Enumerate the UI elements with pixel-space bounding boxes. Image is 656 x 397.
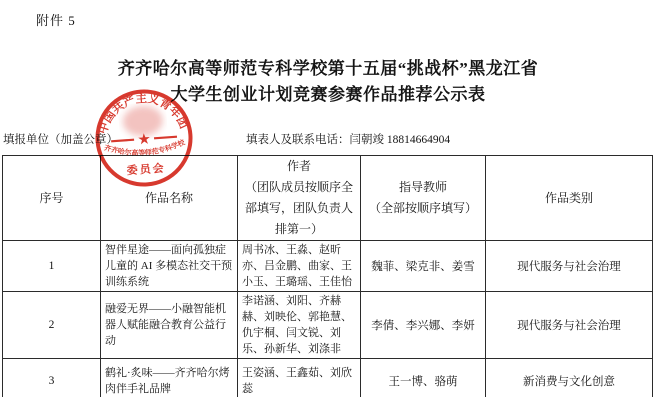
page-title: 齐齐哈尔高等师范专科学校第十五届“挑战杯”黑龙江省 大学生创业计划竞赛参赛作品推…	[0, 56, 656, 108]
header-work-title: 作品名称	[101, 156, 238, 241]
row2-serial: 2	[3, 292, 101, 359]
attachment-label: 附件 5	[36, 10, 76, 29]
header-authors-label: 作者	[287, 159, 311, 173]
row2-teachers: 李倩、李兴娜、李妍	[361, 292, 486, 359]
header-authors: 作者（团队成员按顺序全部填写，团队负责人排第一）	[238, 156, 361, 241]
header-category: 作品类别	[486, 156, 653, 241]
table-row: 3 鹤礼·炙味——齐齐哈尔烤肉伴手礼品牌 王姿涵、王鑫茹、刘欣蕊 王一博、骆萌 …	[3, 359, 653, 397]
header-serial: 序号	[3, 156, 101, 241]
row3-serial: 3	[3, 359, 101, 397]
contact-name: 闫朝竣	[350, 134, 385, 146]
contact-label: 填表人及联系电话：	[246, 134, 350, 146]
row2-work-title: 融爱无界——小融智能机器人赋能融合教育公益行动	[101, 292, 238, 359]
page-title-line1: 齐齐哈尔高等师范专科学校第十五届“挑战杯”黑龙江省	[0, 56, 656, 82]
row2-authors: 李诺涵、刘阳、齐赫赫、刘映伦、郭艳慧、仇宇桐、闫文锐、刘乐、孙新华、刘涤非	[238, 292, 361, 359]
header-teachers-sublabel: （全部按顺序填写）	[369, 201, 477, 215]
row2-category: 现代服务与社会治理	[486, 292, 653, 359]
header-teachers: 指导教师（全部按顺序填写）	[361, 156, 486, 241]
header-teachers-label: 指导教师	[399, 180, 447, 194]
row3-teachers: 王一博、骆萌	[361, 359, 486, 397]
recommendation-table: 序号 作品名称 作者（团队成员按顺序全部填写，团队负责人排第一） 指导教师（全部…	[2, 155, 653, 397]
page-title-line2: 大学生创业计划竞赛参赛作品推荐公示表	[0, 82, 656, 108]
contact-info: 填表人及联系电话：闫朝竣 18814664904	[246, 131, 450, 147]
table-header-row: 序号 作品名称 作者（团队成员按顺序全部填写，团队负责人排第一） 指导教师（全部…	[3, 156, 653, 241]
row1-serial: 1	[3, 241, 101, 292]
table-row: 2 融爱无界——小融智能机器人赋能融合教育公益行动 李诺涵、刘阳、齐赫赫、刘映伦…	[3, 292, 653, 359]
row1-category: 现代服务与社会治理	[486, 241, 653, 292]
header-authors-sublabel: （团队成员按顺序全部填写，团队负责人排第一）	[245, 180, 353, 236]
row3-category: 新消费与文化创意	[486, 359, 653, 397]
table-row: 1 智伴星途——面向孤独症儿童的 AI 多模态社交干预训练系统 周书冰、王淼、赵…	[3, 241, 653, 292]
contact-phone: 18814664904	[387, 134, 450, 146]
stamp-star-icon: ★	[137, 132, 152, 149]
row3-authors: 王姿涵、王鑫茹、刘欣蕊	[238, 359, 361, 397]
row3-work-title: 鹤礼·炙味——齐齐哈尔烤肉伴手礼品牌	[101, 359, 238, 397]
row1-work-title: 智伴星途——面向孤独症儿童的 AI 多模态社交干预训练系统	[101, 241, 238, 292]
row1-authors: 周书冰、王淼、赵昕亦、吕金鹏、曲家、王小玉、王璐瑶、王佳怡	[238, 241, 361, 292]
row1-teachers: 魏菲、梁克非、姜雪	[361, 241, 486, 292]
reporting-unit-label: 填报单位（加盖公章）	[3, 131, 118, 147]
